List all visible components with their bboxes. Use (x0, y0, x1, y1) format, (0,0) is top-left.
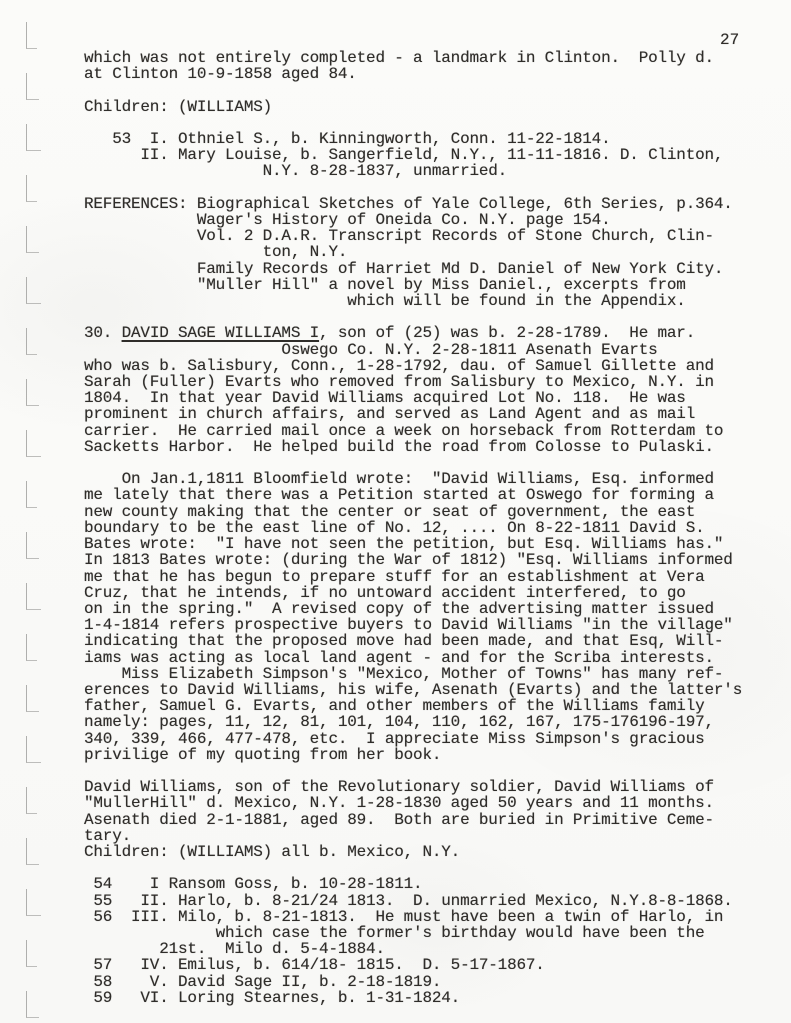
binding-mark (26, 22, 37, 49)
document-page: 27 which was not entirely completed - a … (0, 0, 791, 1023)
binding-mark (26, 532, 39, 559)
binding-mark (26, 634, 37, 661)
typescript-body: which was not entirely completed - a lan… (84, 50, 742, 1006)
binding-mark (26, 481, 37, 508)
binding-mark (26, 430, 41, 457)
binding-mark (26, 73, 39, 100)
text-after-heading: Oswego Co. N.Y. 2-28-1811 Asenath Evarts… (84, 341, 742, 1007)
binding-mark (26, 124, 41, 151)
binding-mark (26, 583, 41, 610)
binding-mark (26, 787, 37, 814)
binding-mark (26, 277, 41, 304)
text-before-heading: which was not entirely completed - a lan… (84, 49, 733, 310)
page-number: 27 (720, 31, 739, 49)
binding-mark (26, 940, 37, 967)
binding-mark (26, 379, 39, 406)
binding-mark (26, 328, 37, 355)
binding-mark (26, 889, 41, 916)
binding-mark (26, 226, 39, 253)
binding-mark (26, 736, 41, 763)
binding-mark (26, 991, 39, 1018)
binding-mark (26, 685, 39, 712)
binding-mark (26, 838, 39, 865)
binding-mark (26, 175, 37, 202)
